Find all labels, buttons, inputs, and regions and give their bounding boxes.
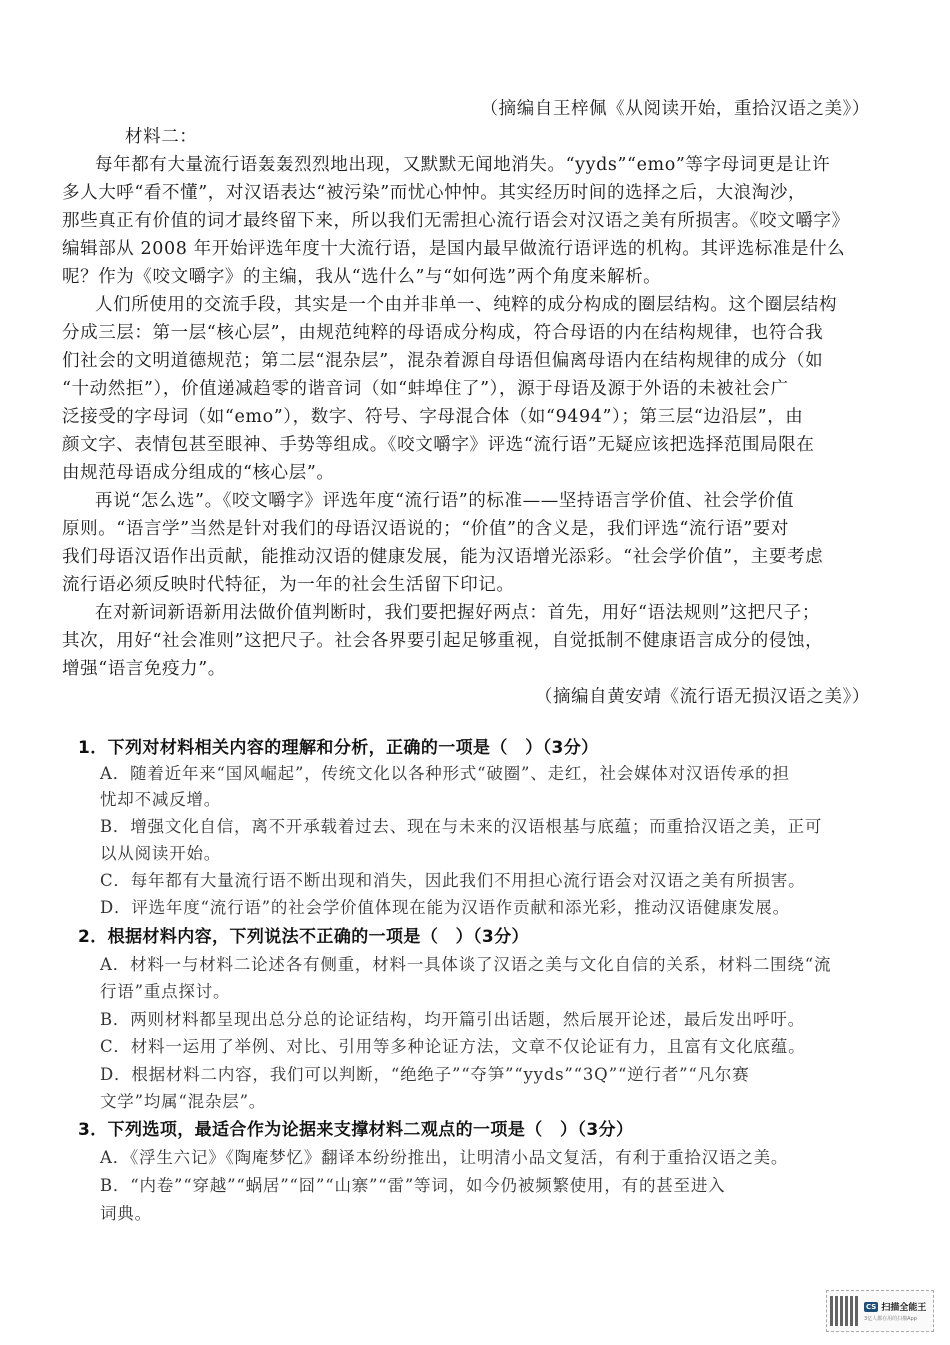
material2-line: 编辑部从 2008 年开始评选年度十大流行语，是国内最早做流行语评选的机构。其评… bbox=[62, 237, 888, 261]
watermark-subtitle: 3亿人都在用的扫描App bbox=[864, 1315, 926, 1322]
exam-page: （摘编自王梓佩《从阅读开始，重拾汉语之美》） 材料二： 每年都有大量流行语轰轰烈… bbox=[0, 0, 950, 1345]
camscanner-logo-icon: CS bbox=[864, 1302, 878, 1312]
material2-line: 们社会的文明道德规范；第二层“混杂层”，混杂着源自母语但偏离母语内在结构规律的成… bbox=[62, 349, 888, 373]
material2-line: 泛接受的字母词（如“emo”），数字、符号、字母混合体（如“9494”）；第三层… bbox=[62, 405, 888, 429]
question-2-option-b: B．两则材料都呈现出总分总的论证结构，均开篇引出话题，然后展开论述，最后发出呼吁… bbox=[100, 1008, 805, 1032]
question-2-option-d-cont: 文学”均属“混杂层”。 bbox=[100, 1090, 266, 1114]
material2-title: 材料二： bbox=[125, 125, 197, 149]
material2-line: 我们母语汉语作出贡献，能推动汉语的健康发展，能为汉语增光添彩。“社会学价值”，主… bbox=[62, 545, 888, 569]
material2-line: 分成三层：第一层“核心层”，由规范纯粹的母语成分构成，符合母语的内在结构规律，也… bbox=[62, 321, 888, 345]
question-1-option-c: C．每年都有大量流行语不断出现和消失，因此我们不用担心流行语会对汉语之美有所损害… bbox=[100, 869, 805, 893]
material2-line: 原则。“语言学”当然是针对我们的母语汉语说的；“价值”的含义是，我们评选“流行语… bbox=[62, 517, 888, 541]
question-3-option-a: A．《浮生六记》《陶庵梦忆》翻译本纷纷推出，让明清小品文复活，有利于重拾汉语之美… bbox=[100, 1146, 788, 1170]
question-1-stem: 1．下列对材料相关内容的理解和分析，正确的一项是（ ）（3分） bbox=[78, 736, 599, 760]
question-2-option-a-cont: 行语”重点探讨。 bbox=[100, 980, 230, 1004]
material2-line: 每年都有大量流行语轰轰烈烈地出现，又默默无闻地消失。“yyds”“emo”等字母… bbox=[95, 153, 830, 177]
material2-line: 人们所使用的交流手段，其实是一个由并非单一、纯粹的成分构成的圈层结构。这个圈层结… bbox=[95, 293, 837, 317]
question-1-option-a-cont: 忧却不减反增。 bbox=[100, 788, 221, 812]
material2-line: 流行语必须反映时代特征，为一年的社会生活留下印记。 bbox=[62, 573, 888, 597]
material2-line: 其次，用好“社会准则”这把尺子。社会各界要引起足够重视，自觉抵制不健康语言成分的… bbox=[62, 629, 888, 653]
qr-code-icon bbox=[830, 1296, 860, 1326]
question-2-stem: 2．根据材料内容，下列说法不正确的一项是（ ）（3分） bbox=[78, 925, 529, 949]
material1-source: （摘编自王梓佩《从阅读开始，重拾汉语之美》） bbox=[481, 97, 870, 121]
material2-line: 再说“怎么选”。《咬文嚼字》评选年度“流行语”的标准——坚持语言学价值、社会学价… bbox=[95, 489, 794, 513]
material2-line: 颜文字、表情包甚至眼神、手势等组成。《咬文嚼字》评选“流行语”无疑应该把选择范围… bbox=[62, 433, 888, 457]
scanner-watermark: CS 扫描全能王 3亿人都在用的扫描App bbox=[826, 1290, 934, 1332]
watermark-brand: 扫描全能王 bbox=[881, 1300, 926, 1313]
question-3-option-b: B．“内卷”“穿越”“蜗居”“囧”“山寨”“雷”等词，如今仍被频繁使用，有的甚至… bbox=[100, 1174, 725, 1198]
material2-line: 增强“语言免疫力”。 bbox=[62, 657, 888, 681]
material2-line: 多人大呼“看不懂”，对汉语表达“被污染”而忧心忡忡。其实经历时间的选择之后，大浪… bbox=[62, 181, 888, 205]
material2-line: 呢？作为《咬文嚼字》的主编，我从“选什么”与“如何选”两个角度来解析。 bbox=[62, 265, 888, 289]
question-2-option-d: D．根据材料二内容，我们可以判断，“绝绝子”“夺笋”“yyds”“3Q”“逆行者… bbox=[100, 1063, 750, 1087]
question-1-option-a: A．随着近年来“国风崛起”，传统文化以各种形式“破圈”、走红，社会媒体对汉语传承… bbox=[100, 762, 790, 786]
material2-line: “十动然拒”），价值递减趋零的谐音词（如“蚌埠住了”），源于母语及源于外语的未被… bbox=[62, 377, 888, 401]
question-2-option-a: A．材料一与材料二论述各有侧重，材料一具体谈了汉语之美与文化自信的关系，材料二围… bbox=[100, 953, 831, 977]
question-2-option-c: C．材料一运用了举例、对比、引用等多种论证方法，文章不仅论证有力，且富有文化底蕴… bbox=[100, 1035, 805, 1059]
question-1-option-d: D．评选年度“流行语”的社会学价值体现在能为汉语作贡献和添光彩，推动汉语健康发展… bbox=[100, 896, 790, 920]
material2-line: 那些真正有价值的词才最终留下来，所以我们无需担心流行语会对汉语之美有所损害。《咬… bbox=[62, 209, 888, 233]
question-1-option-b: B．增强文化自信，离不开承载着过去、现在与未来的汉语根基与底蕴；而重拾汉语之美，… bbox=[100, 815, 822, 839]
question-3-stem: 3．下列选项，最适合作为论据来支撑材料二观点的一项是（ ）（3分） bbox=[78, 1118, 633, 1142]
material2-line: 由规范母语成分组成的“核心层”。 bbox=[62, 461, 888, 485]
question-3-option-b-cont: 词典。 bbox=[100, 1202, 152, 1226]
material2-line: 在对新词新语新用法做价值判断时，我们要把握好两点：首先，用好“语法规则”这把尺子… bbox=[95, 601, 820, 625]
question-1-option-b-cont: 以从阅读开始。 bbox=[100, 842, 221, 866]
material2-source: （摘编自黄安靖《流行语无损汉语之美》） bbox=[535, 685, 870, 709]
